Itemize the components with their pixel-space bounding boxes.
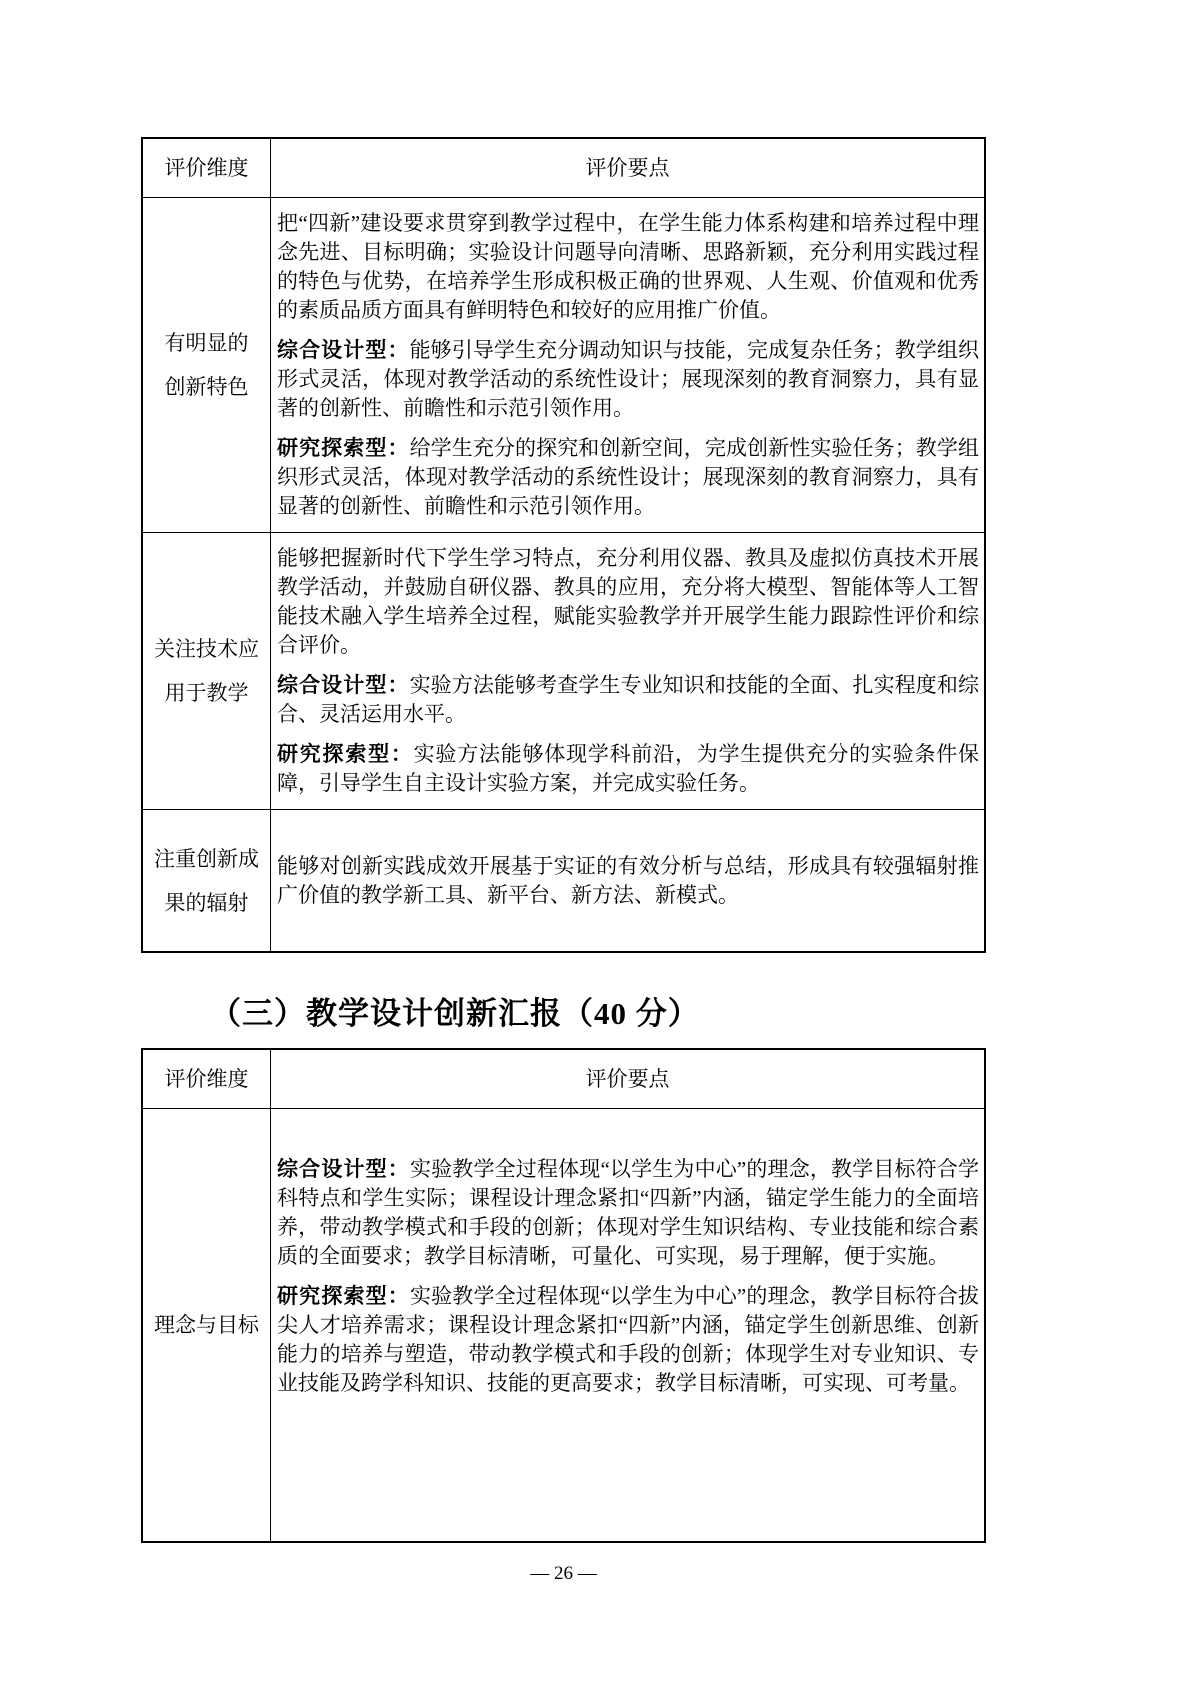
table2-header-dimension: 评价维度 bbox=[143, 1050, 271, 1108]
evaluation-table-1: 评价维度 评价要点 有明显的 创新特色 把“四新”建设要求贯穿到教学过程中，在学… bbox=[141, 137, 986, 953]
paragraph-text: 能够把握新时代下学生学习特点，充分利用仪器、教具及虚拟仿真技术开展教学活动，并鼓… bbox=[277, 546, 979, 657]
paragraph-lead: 综合设计型： bbox=[277, 1158, 410, 1181]
paragraph: 研究探索型：实验教学全过程体现“以学生为中心”的理念，教学目标符合拔尖人才培养需… bbox=[277, 1282, 979, 1398]
paragraph-lead: 研究探索型： bbox=[277, 1285, 410, 1308]
paragraph: 研究探索型：给学生充分的探究和创新空间，完成创新性实验任务；教学组织形式灵活，体… bbox=[277, 434, 979, 521]
paragraph: 综合设计型：能够引导学生充分调动知识与技能，完成复杂任务；教学组织形式灵活，体现… bbox=[277, 336, 979, 423]
points-cell: 能够对创新实践成效开展基于实证的有效分析与总结，形成具有较强辐射推广价值的教学新… bbox=[271, 810, 984, 951]
evaluation-table-2: 评价维度 评价要点 理念与目标 综合设计型：实验教学全过程体现“以学生为中心”的… bbox=[141, 1048, 986, 1543]
dimension-cell: 有明显的 创新特色 bbox=[143, 198, 271, 532]
paragraph-lead: 研究探索型： bbox=[277, 743, 414, 766]
paragraph: 综合设计型：实验方法能够考查学生专业知识和技能的全面、扎实程度和综合、灵活运用水… bbox=[277, 671, 979, 729]
paragraph: 能够对创新实践成效开展基于实证的有效分析与总结，形成具有较强辐射推广价值的教学新… bbox=[277, 852, 979, 910]
paragraph-lead: 综合设计型： bbox=[277, 674, 410, 697]
points-cell: 把“四新”建设要求贯穿到教学过程中，在学生能力体系构建和培养过程中理念先进、目标… bbox=[271, 198, 984, 532]
document-page: 评价维度 评价要点 有明显的 创新特色 把“四新”建设要求贯穿到教学过程中，在学… bbox=[0, 0, 1191, 1684]
dimension-cell: 关注技术应 用于教学 bbox=[143, 533, 271, 809]
section-heading: （三）教学设计创新汇报（40 分） bbox=[141, 988, 986, 1033]
paragraph: 研究探索型：实验方法能够体现学科前沿，为学生提供充分的实验条件保障，引导学生自主… bbox=[277, 740, 979, 798]
dimension-cell: 注重创新成 果的辐射 bbox=[143, 810, 271, 951]
table2-header-row: 评价维度 评价要点 bbox=[143, 1050, 984, 1108]
table2-header-points: 评价要点 bbox=[271, 1050, 984, 1108]
page-content: 评价维度 评价要点 有明显的 创新特色 把“四新”建设要求贯穿到教学过程中，在学… bbox=[141, 137, 986, 1543]
table1-header-dimension: 评价维度 bbox=[143, 139, 271, 197]
paragraph: 综合设计型：实验教学全过程体现“以学生为中心”的理念，教学目标符合学科特点和学生… bbox=[277, 1155, 979, 1271]
paragraph-lead: 研究探索型： bbox=[277, 437, 410, 460]
points-cell: 能够把握新时代下学生学习特点，充分利用仪器、教具及虚拟仿真技术开展教学活动，并鼓… bbox=[271, 533, 984, 809]
paragraph-text: 能够对创新实践成效开展基于实证的有效分析与总结，形成具有较强辐射推广价值的教学新… bbox=[277, 854, 979, 907]
paragraph-lead: 综合设计型： bbox=[277, 339, 410, 362]
table-row: 关注技术应 用于教学 能够把握新时代下学生学习特点，充分利用仪器、教具及虚拟仿真… bbox=[143, 532, 984, 809]
table1-header-row: 评价维度 评价要点 bbox=[143, 139, 984, 197]
paragraph-text: 把“四新”建设要求贯穿到教学过程中，在学生能力体系构建和培养过程中理念先进、目标… bbox=[277, 211, 979, 322]
table-row: 理念与目标 综合设计型：实验教学全过程体现“以学生为中心”的理念，教学目标符合学… bbox=[143, 1108, 984, 1541]
dimension-cell: 理念与目标 bbox=[143, 1109, 271, 1541]
points-cell: 综合设计型：实验教学全过程体现“以学生为中心”的理念，教学目标符合学科特点和学生… bbox=[271, 1109, 984, 1541]
table1-header-points: 评价要点 bbox=[271, 139, 984, 197]
paragraph: 能够把握新时代下学生学习特点，充分利用仪器、教具及虚拟仿真技术开展教学活动，并鼓… bbox=[277, 544, 979, 660]
paragraph: 把“四新”建设要求贯穿到教学过程中，在学生能力体系构建和培养过程中理念先进、目标… bbox=[277, 209, 979, 325]
table-row: 注重创新成 果的辐射 能够对创新实践成效开展基于实证的有效分析与总结，形成具有较… bbox=[143, 809, 984, 951]
page-number: — 26 — bbox=[141, 1563, 986, 1585]
table-row: 有明显的 创新特色 把“四新”建设要求贯穿到教学过程中，在学生能力体系构建和培养… bbox=[143, 197, 984, 532]
